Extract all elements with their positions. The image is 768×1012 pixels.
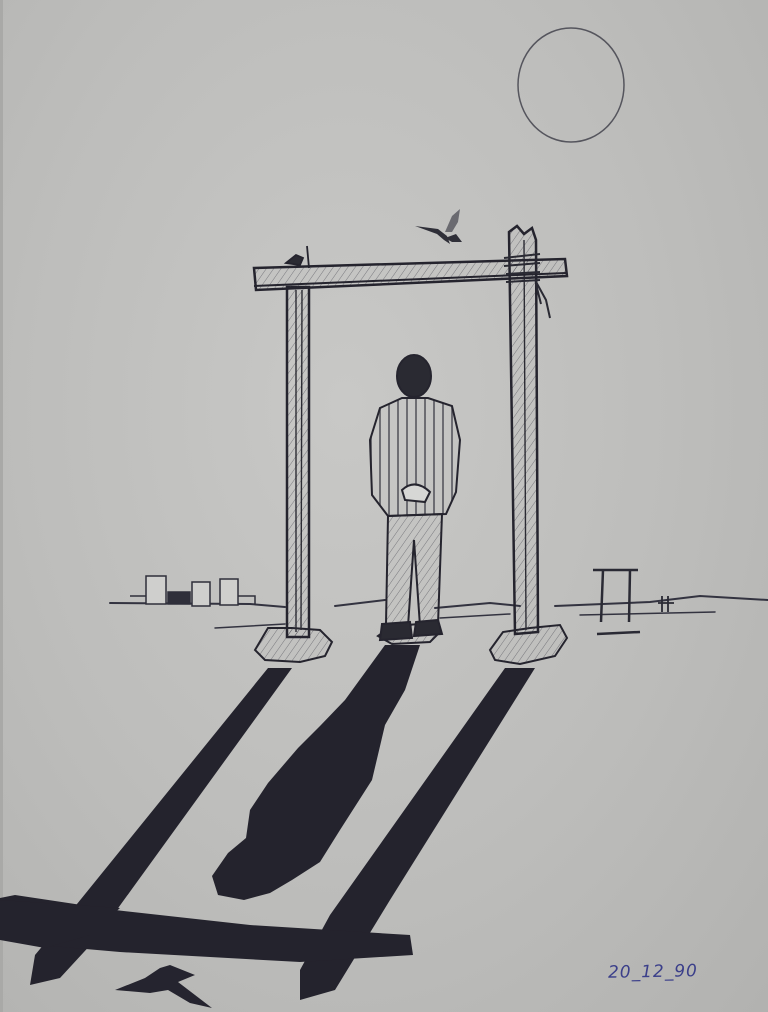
bird-shadow-icon xyxy=(115,965,212,1008)
signature-date: 20_12_90 xyxy=(608,961,698,983)
left-post xyxy=(287,287,309,637)
standing-man xyxy=(370,355,460,640)
moon-icon xyxy=(518,28,624,142)
drawing-sheet: 20_12_90 Man in striped jacket seen from… xyxy=(0,0,768,1012)
bird-icon xyxy=(415,209,462,244)
distant-city xyxy=(130,576,255,606)
small-bird-icon xyxy=(286,246,309,268)
right-post xyxy=(509,226,538,634)
sketch xyxy=(0,0,768,1012)
